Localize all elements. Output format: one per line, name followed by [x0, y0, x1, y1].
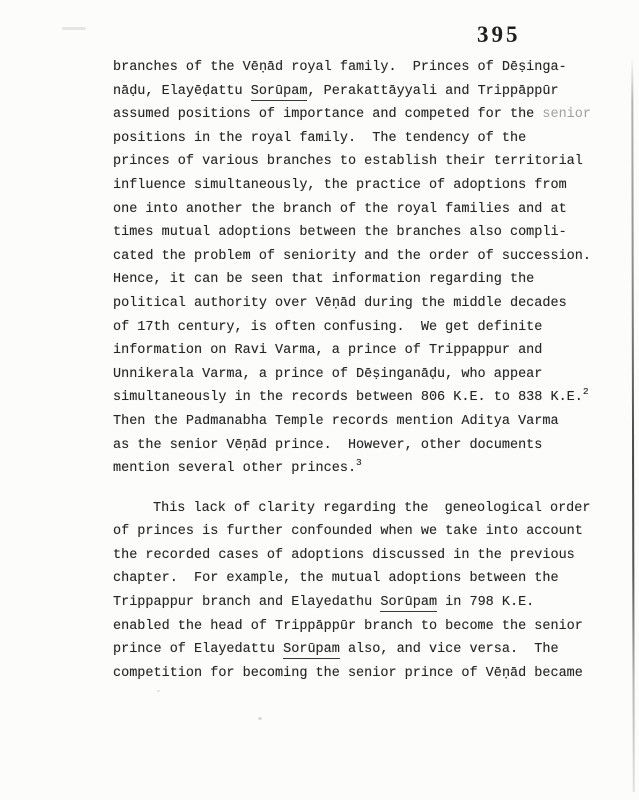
- underlined-term: Sorūpam: [283, 642, 340, 659]
- text-segment: branches of the Vēṇād royal family. Prin…: [113, 60, 567, 75]
- text-segment: mention several other princes.: [113, 461, 356, 476]
- smudge-artifact: [62, 27, 86, 30]
- text-segment: , Perakattāyyali and Trippāppūr: [307, 84, 558, 99]
- text-line: mention several other princes.3: [113, 457, 603, 481]
- text-line: chapter. For example, the mutual adoptio…: [113, 567, 603, 591]
- text-segment: chapter. For example, the mutual adoptio…: [113, 571, 559, 586]
- text-segment: also, and vice versa. The: [340, 642, 559, 657]
- text-segment: enabled the head of Trippāppūr branch to…: [113, 619, 583, 634]
- text-segment: competition for becoming the senior prin…: [113, 666, 583, 681]
- text-line: information on Ravi Varma, a prince of T…: [113, 339, 603, 363]
- page-number: 395: [477, 22, 521, 48]
- text-segment: influence simultaneously, the practice o…: [113, 178, 567, 193]
- text-line: nāḍu, Elayēḍattu Sorūpam, Perakattāyyali…: [113, 80, 603, 104]
- text-segment: the recorded cases of adoptions discusse…: [113, 548, 575, 563]
- text-line: one into another the branch of the royal…: [113, 198, 603, 222]
- text-segment: as the senior Vēṇād prince. However, oth…: [113, 438, 542, 453]
- text-segment: prince of Elayedattu: [113, 642, 283, 657]
- footnote-ref: 2: [583, 386, 589, 397]
- text-line: Then the Padmanabha Temple records menti…: [113, 410, 603, 434]
- text-line: This lack of clarity regarding the geneo…: [113, 497, 603, 521]
- text-line: political authority over Vēṇād during th…: [113, 292, 603, 316]
- footnote-ref: 3: [356, 457, 362, 468]
- text-segment: political authority over Vēṇād during th…: [113, 296, 567, 311]
- speck-artifact: [258, 717, 262, 720]
- underlined-term: Sorūpam: [251, 84, 308, 101]
- text-segment: princes of various branches to establish…: [113, 154, 583, 169]
- text-line: of 17th century, is often confusing. We …: [113, 316, 603, 340]
- text-line: Trippappur branch and Elayedathu Sorūpam…: [113, 591, 603, 615]
- body-text: branches of the Vēṇād royal family. Prin…: [113, 56, 603, 685]
- text-segment: of 17th century, is often confusing. We …: [113, 320, 542, 335]
- text-segment: one into another the branch of the royal…: [113, 202, 567, 217]
- text-segment: nāḍu, Elayēḍattu: [113, 84, 251, 99]
- text-segment: of princes is further confounded when we…: [113, 524, 583, 539]
- text-segment: assumed positions of importance and comp…: [113, 107, 542, 122]
- text-line: simultaneously in the records between 80…: [113, 386, 603, 410]
- text-segment: Then the Padmanabha Temple records menti…: [113, 414, 559, 429]
- text-line: prince of Elayedattu Sorūpam also, and v…: [113, 638, 603, 662]
- scanned-page: 395 branches of the Vēṇād royal family. …: [0, 0, 639, 800]
- faded-word: senior: [542, 107, 591, 122]
- text-line: of princes is further confounded when we…: [113, 520, 603, 544]
- text-line: Hence, it can be seen that information r…: [113, 268, 603, 292]
- text-segment: times mutual adoptions between the branc…: [113, 225, 567, 240]
- text-segment: This lack of clarity regarding the geneo…: [153, 501, 590, 516]
- text-line: competition for becoming the senior prin…: [113, 662, 603, 686]
- text-line: princes of various branches to establish…: [113, 150, 603, 174]
- text-segment: Unnikerala Varma, a prince of Dēṣinganāḍ…: [113, 367, 542, 382]
- text-line: branches of the Vēṇād royal family. Prin…: [113, 56, 603, 80]
- text-segment: positions in the royal family. The tende…: [113, 131, 526, 146]
- text-segment: simultaneously in the records between 80…: [113, 390, 583, 405]
- text-line: the recorded cases of adoptions discusse…: [113, 544, 603, 568]
- text-segment: Trippappur branch and Elayedathu: [113, 595, 380, 610]
- text-segment: in 798 K.E.: [437, 595, 534, 610]
- text-segment: Hence, it can be seen that information r…: [113, 272, 534, 287]
- text-line: influence simultaneously, the practice o…: [113, 174, 603, 198]
- text-line: enabled the head of Trippāppūr branch to…: [113, 615, 603, 639]
- text-line: cated the problem of seniority and the o…: [113, 245, 603, 269]
- text-segment: cated the problem of seniority and the o…: [113, 249, 591, 264]
- text-segment: information on Ravi Varma, a prince of T…: [113, 343, 542, 358]
- scan-edge-artifact: [631, 58, 635, 792]
- text-line: times mutual adoptions between the branc…: [113, 221, 603, 245]
- text-line: positions in the royal family. The tende…: [113, 127, 603, 151]
- text-line: as the senior Vēṇād prince. However, oth…: [113, 434, 603, 458]
- underlined-term: Sorūpam: [380, 595, 437, 612]
- text-line: assumed positions of importance and comp…: [113, 103, 603, 127]
- text-line: Unnikerala Varma, a prince of Dēṣinganāḍ…: [113, 363, 603, 387]
- speck-artifact: [157, 690, 160, 692]
